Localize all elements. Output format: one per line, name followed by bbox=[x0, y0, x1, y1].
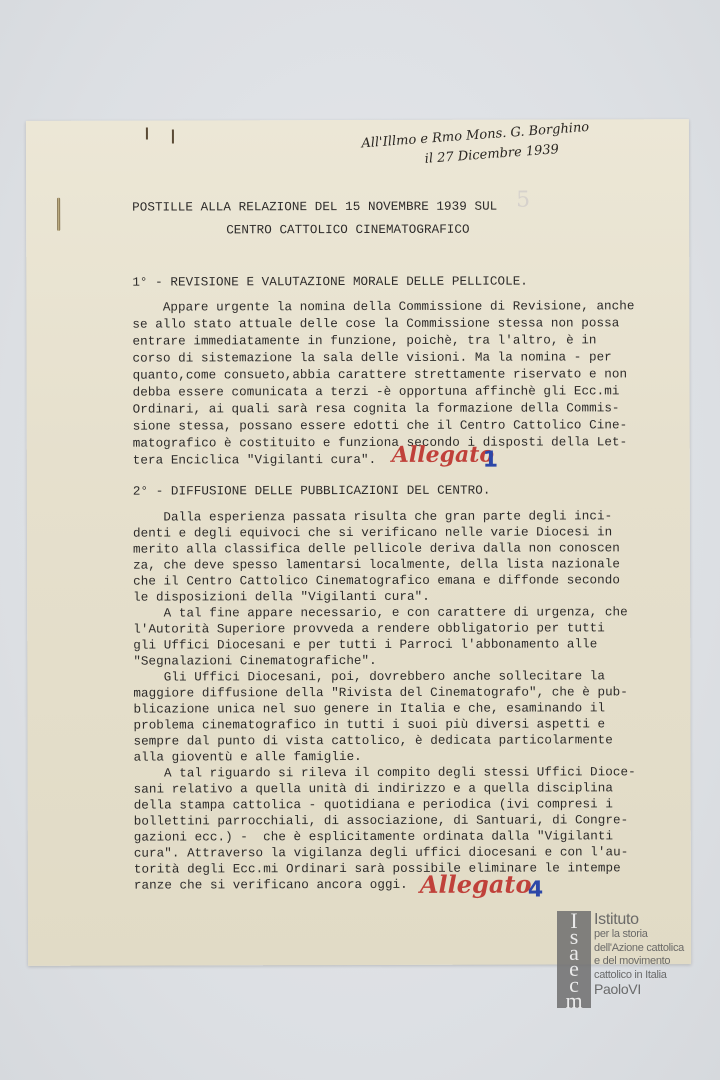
title-line-2: CENTRO CATTOLICO CINEMATOGRAFICO bbox=[226, 223, 469, 238]
section-2-line: alla gioventù e alle famiglie. bbox=[134, 750, 362, 765]
show-through-mark: 5 bbox=[516, 188, 530, 213]
section-2-line: blicazione unica nel suo genere in Itali… bbox=[133, 701, 605, 716]
monogram-letter: m bbox=[565, 993, 582, 1009]
section-2-line: A tal riguardo si rileva il compito degl… bbox=[134, 765, 636, 780]
section-2-line: merito alla classifica delle pellicole d… bbox=[133, 541, 620, 556]
section-1-line: corso di sistemazione la sala delle visi… bbox=[132, 350, 611, 365]
watermark-line: e del movimento bbox=[594, 955, 684, 969]
section-1-line: tera Enciclica "Vigilanti cura". bbox=[133, 453, 376, 468]
section-2-line: sempre dal punto di vista cattolico, è d… bbox=[134, 733, 613, 748]
section-2-line: le disposizioni della "Vigilanti cura". bbox=[133, 590, 430, 605]
annotation-allegato-1: Allegato bbox=[392, 442, 494, 468]
section-2-line: Dalla esperienza passata risulta che gra… bbox=[133, 509, 612, 524]
watermark-line: PaoloVI bbox=[594, 982, 684, 997]
section-2-line: maggiore diffusione della "Rivista del C… bbox=[133, 685, 628, 700]
section-2-line: torità degli Ecc.mi Ordinari sarà possib… bbox=[134, 861, 621, 876]
section-2-line: cura". Attraverso la vigilanza degli uff… bbox=[134, 845, 629, 860]
section-2-line: za, che deve spesso lamentarsi localment… bbox=[133, 557, 620, 572]
watermark-line: cattolico in Italia bbox=[594, 969, 684, 983]
punch-mark bbox=[172, 129, 174, 143]
watermark-line: Istituto bbox=[594, 911, 684, 928]
section-1-line: matografico è costituito e funziona seco… bbox=[133, 435, 628, 450]
watermark-line: per la storia bbox=[594, 928, 684, 942]
section-2-line: problema cinematografico in tutti i suoi… bbox=[133, 717, 605, 732]
section-2-line: che il Centro Cattolico Cinematografico … bbox=[133, 573, 620, 588]
section-2-line: A tal fine appare necessario, e con cara… bbox=[133, 605, 628, 620]
section-1-line: se allo stato attuale delle cose la Comm… bbox=[132, 316, 619, 331]
section-2-line: bollettini parrocchiali, di associazione… bbox=[134, 813, 629, 828]
section-1-line: Ordinari, ai quali sarà resa cognita la … bbox=[133, 401, 620, 416]
title-line-1: POSTILLE ALLA RELAZIONE DEL 15 NOVEMBRE … bbox=[132, 200, 497, 215]
section-2-line: denti e degli equivoci che si verificano… bbox=[133, 525, 612, 540]
punch-mark bbox=[146, 128, 148, 140]
section-1-line: debba essere comunicata a terzi -è oppor… bbox=[133, 384, 620, 399]
section-1-line: sione stessa, possano essere edotti che … bbox=[133, 418, 628, 433]
staple-icon bbox=[57, 198, 60, 231]
annotation-number-1: 1 bbox=[483, 448, 498, 473]
section-1-line: entrare immediatamente in funzione, poic… bbox=[132, 333, 596, 348]
isacem-monogram-icon: I s a e c m bbox=[557, 911, 591, 1008]
section-2-line: ranze che si verificano ancora oggi. bbox=[134, 878, 408, 893]
section-1-heading: 1° - REVISIONE E VALUTAZIONE MORALE DELL… bbox=[132, 275, 528, 290]
document-page: All'Illmo e Rmo Mons. G. Borghino il 27 … bbox=[26, 119, 691, 966]
annotation-allegato-4: Allegato bbox=[420, 870, 532, 899]
section-2-line: sani relativo a quella unità di indirizz… bbox=[134, 781, 613, 796]
section-2-heading: 2° - DIFFUSIONE DELLE PUBBLICAZIONI DEL … bbox=[133, 484, 491, 499]
handwritten-dedication: All'Illmo e Rmo Mons. G. Borghino il 27 … bbox=[361, 117, 603, 174]
section-1-line: Appare urgente la nomina della Commissio… bbox=[132, 299, 634, 314]
section-2-line: "Segnalazioni Cinematografiche". bbox=[133, 654, 376, 669]
section-1-line: quanto,come consueto,abbia carattere str… bbox=[133, 367, 628, 382]
watermark-line: dell'Azione cattolica bbox=[594, 942, 684, 956]
section-2-line: gli Uffici Diocesani e per tutti i Parro… bbox=[133, 637, 597, 652]
watermark-text: Istituto per la storia dell'Azione catto… bbox=[594, 911, 684, 997]
annotation-number-4: 4 bbox=[528, 878, 543, 903]
section-2-line: della stampa cattolica - quotidiana e pe… bbox=[134, 797, 613, 812]
section-2-line: Gli Uffici Diocesani, poi, dovrebbero an… bbox=[133, 669, 605, 684]
institute-watermark-logo: I s a e c m Istituto per la storia dell'… bbox=[557, 911, 717, 1011]
section-2-line: gazioni ecc.) - che è esplicitamente ord… bbox=[134, 829, 613, 844]
section-2-line: l'Autorità Superiore provveda a rendere … bbox=[133, 621, 605, 636]
